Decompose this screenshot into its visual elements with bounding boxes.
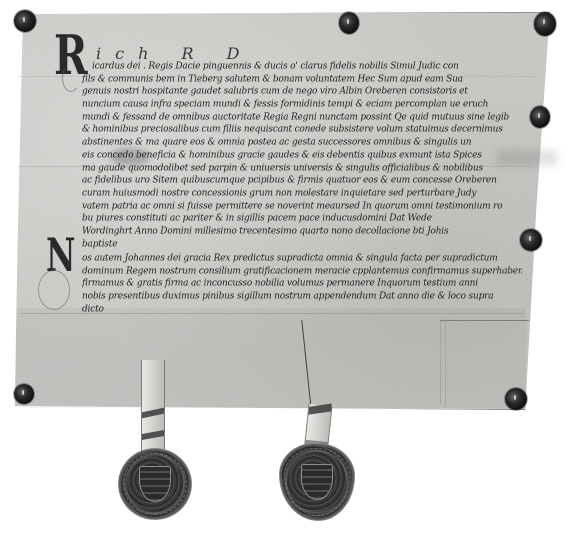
text-line: eis concedo beneficia & hominibus gracie… <box>82 149 522 162</box>
tag-shadow-band <box>142 430 164 440</box>
text-line: nobis presentibus duximus pinibus sigill… <box>82 290 522 303</box>
text-line: abstinentes & ma quare eos & omnia poste… <box>82 136 522 149</box>
wax-seal-2: Seal 2 — damaged wax seal with shield on… <box>280 444 354 520</box>
text-line: & hominibus preciosalibus cum filiis neq… <box>82 123 522 136</box>
mounting-pin-bottom-left <box>14 384 34 404</box>
text-line: ac fidelibus uro Sitem quibuscumque pcip… <box>82 174 522 187</box>
mounting-pin-bottom-right <box>505 388 527 410</box>
mounting-pin-right-upper <box>530 106 550 128</box>
mounting-pin-top-left <box>14 10 36 32</box>
tag-shadow-band <box>308 404 331 415</box>
fold-line-vertical <box>445 318 446 408</box>
initial-flourish <box>62 64 80 92</box>
text-line: dicto <box>82 303 522 316</box>
text-line: dominum Regem nostrum consilium gratific… <box>82 265 522 278</box>
wax-seal-1: Seal 1 — round wax seal with shield on p… <box>119 449 191 519</box>
text-line: Wordinghrt Anno Domini millesimo trecent… <box>82 225 522 238</box>
charter-paragraph-1: icardus dei . Regis Dacie pinguennis & d… <box>82 60 522 250</box>
mounting-pin-right-middle <box>520 229 542 251</box>
text-line: icardus dei . Regis Dacie pinguennis & d… <box>82 60 522 73</box>
text-line: vatem patria ac omni si fuisse permitter… <box>82 200 522 213</box>
text-line: os autem Johannes dei gracia Rex predict… <box>82 252 522 265</box>
initial-flourish <box>38 270 70 310</box>
tag-shadow-band <box>142 408 164 419</box>
text-line: nuncium causa infra speciam mundi & fess… <box>82 98 522 111</box>
text-line: bu piures constituti ac pariter & in sig… <box>82 212 522 225</box>
seal-tag-1 <box>141 360 165 452</box>
mounting-pin-top-right <box>534 12 556 36</box>
text-line: firmamus & gratis firma ac inconcusso no… <box>82 277 522 290</box>
text-line: fils & communis bem in Tieberg salutem &… <box>82 73 522 86</box>
text-line: genuis nostri hospitante gaudet salubris… <box>82 85 522 98</box>
text-line: curam huiusmodi nostre concessionis grum… <box>82 187 522 200</box>
charter-paragraph-2: os autem Johannes dei gracia Rex predict… <box>82 252 522 315</box>
document-photograph: R ich R D icardus dei . Regis Dacie ping… <box>0 0 570 536</box>
mounting-pin-top-center <box>339 12 359 34</box>
text-line: ma gaude quomodolibet sed parpin & uniue… <box>82 162 522 175</box>
text-line: baptiste <box>82 238 522 251</box>
